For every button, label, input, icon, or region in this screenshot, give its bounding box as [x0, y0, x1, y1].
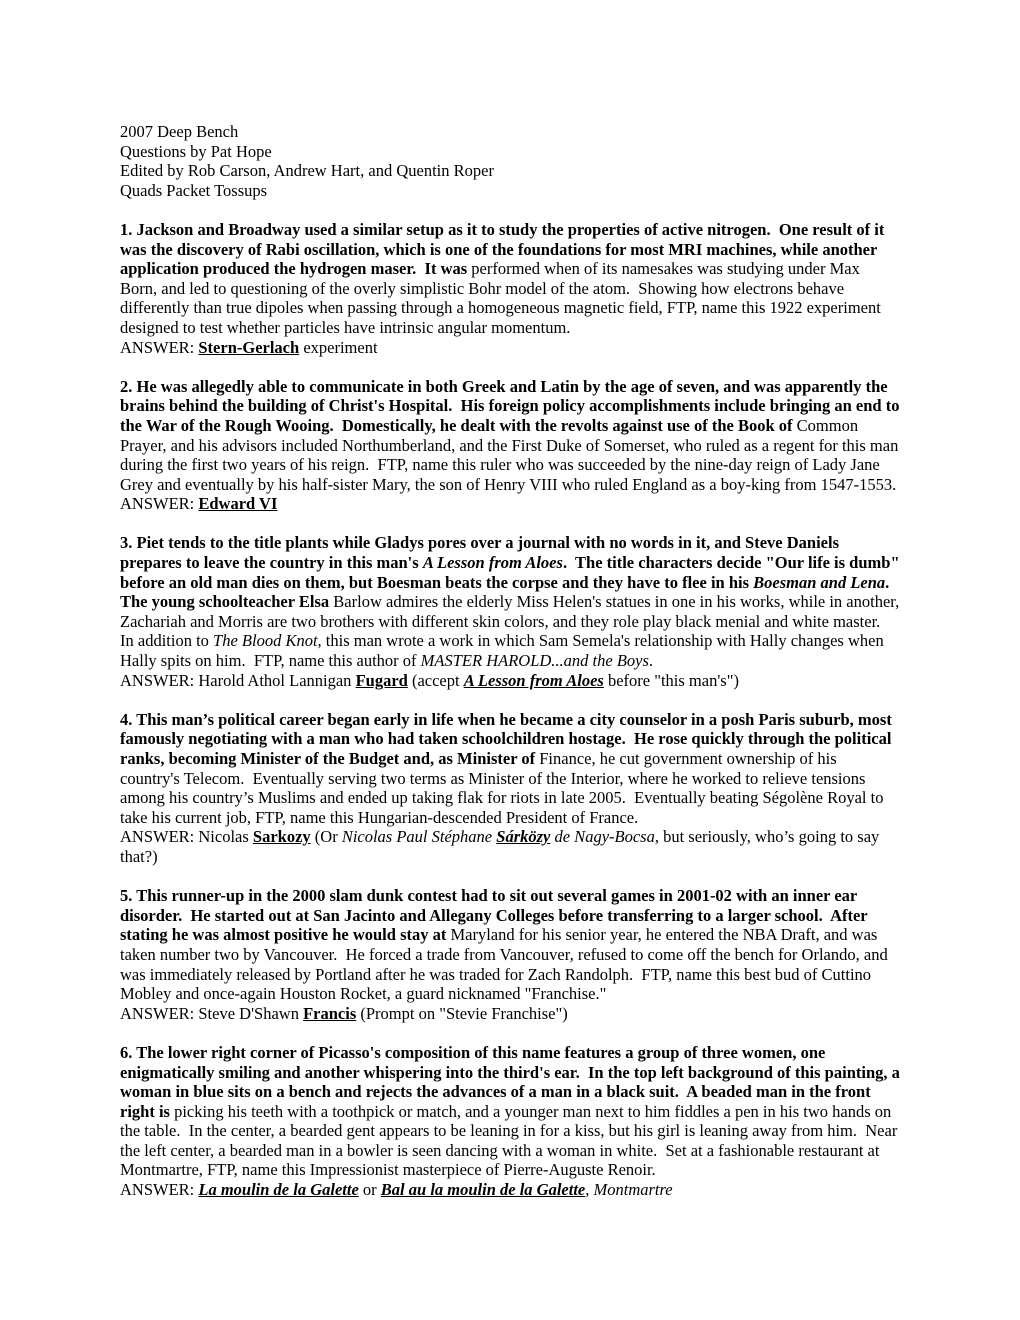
- text-segment: .: [649, 651, 653, 670]
- question-block-2: 2. He was allegedly able to communicate …: [120, 377, 900, 514]
- question-3-answer: ANSWER: Harold Athol Lannigan Fugard (ac…: [120, 671, 900, 691]
- text-segment: The Blood Knot: [213, 631, 318, 650]
- question-block-4: 4. This man’s political career began ear…: [120, 710, 900, 867]
- text-segment: Stern-Gerlach: [198, 338, 299, 357]
- question-5-text: 5. This runner-up in the 2000 slam dunk …: [120, 886, 900, 1004]
- text-segment: before "this man's"): [604, 671, 739, 690]
- text-segment: (Or: [311, 827, 342, 846]
- question-block-6: 6. The lower right corner of Picasso's c…: [120, 1043, 900, 1200]
- text-segment: Sárközy: [496, 827, 550, 846]
- text-segment: ANSWER: Steve D'Shawn: [120, 1004, 303, 1023]
- text-segment: Sarkozy: [253, 827, 311, 846]
- text-segment: (Prompt on "Stevie Franchise"): [356, 1004, 567, 1023]
- text-segment: Fugard: [356, 671, 408, 690]
- text-segment: A Lesson from Aloes: [464, 671, 604, 690]
- text-segment: A Lesson from Aloes: [423, 553, 563, 572]
- header-line-author: Questions by Pat Hope: [120, 142, 900, 162]
- text-segment: ANSWER:: [120, 1180, 198, 1199]
- question-block-1: 1. Jackson and Broadway used a similar s…: [120, 220, 900, 357]
- text-segment: Bal au la moulin de la Galette: [381, 1180, 585, 1199]
- text-segment: La moulin de la Galette: [198, 1180, 358, 1199]
- text-segment: ANSWER: Nicolas: [120, 827, 253, 846]
- text-segment: experiment: [299, 338, 377, 357]
- text-segment: Boesman and Lena: [753, 573, 885, 592]
- text-segment: ANSWER:: [120, 494, 198, 513]
- document-header: 2007 Deep Bench Questions by Pat Hope Ed…: [120, 122, 900, 200]
- question-6-text: 6. The lower right corner of Picasso's c…: [120, 1043, 900, 1180]
- text-segment: Francis: [303, 1004, 356, 1023]
- question-2-text: 2. He was allegedly able to communicate …: [120, 377, 900, 495]
- question-6-answer: ANSWER: La moulin de la Galette or Bal a…: [120, 1180, 900, 1200]
- question-5-answer: ANSWER: Steve D'Shawn Francis (Prompt on…: [120, 1004, 900, 1024]
- text-segment: Montmartre: [593, 1180, 672, 1199]
- document-page: 2007 Deep Bench Questions by Pat Hope Ed…: [0, 0, 1020, 1320]
- text-segment: ANSWER: Harold Athol Lannigan: [120, 671, 356, 690]
- question-block-3: 3. Piet tends to the title plants while …: [120, 533, 900, 690]
- text-segment: picking his teeth with a toothpick or ma…: [120, 1102, 901, 1180]
- question-block-5: 5. This runner-up in the 2000 slam dunk …: [120, 886, 900, 1023]
- header-line-title: 2007 Deep Bench: [120, 122, 900, 142]
- question-1-answer: ANSWER: Stern-Gerlach experiment: [120, 338, 900, 358]
- question-1-text: 1. Jackson and Broadway used a similar s…: [120, 220, 900, 338]
- question-3-text: 3. Piet tends to the title plants while …: [120, 533, 900, 670]
- text-segment: de Nagy-Bocsa: [550, 827, 654, 846]
- text-segment: Nicolas Paul Stéphane: [342, 827, 496, 846]
- text-segment: (accept: [408, 671, 464, 690]
- text-segment: 2. He was allegedly able to communicate …: [120, 377, 904, 435]
- text-segment: Edward VI: [198, 494, 277, 513]
- text-segment: or: [359, 1180, 381, 1199]
- text-segment: MASTER HAROLD...and the Boys: [421, 651, 649, 670]
- question-2-answer: ANSWER: Edward VI: [120, 494, 900, 514]
- text-segment: ANSWER:: [120, 338, 198, 357]
- question-4-text: 4. This man’s political career began ear…: [120, 710, 900, 828]
- header-line-packet: Quads Packet Tossups: [120, 181, 900, 201]
- header-line-editors: Edited by Rob Carson, Andrew Hart, and Q…: [120, 161, 900, 181]
- question-4-answer: ANSWER: Nicolas Sarkozy (Or Nicolas Paul…: [120, 827, 900, 866]
